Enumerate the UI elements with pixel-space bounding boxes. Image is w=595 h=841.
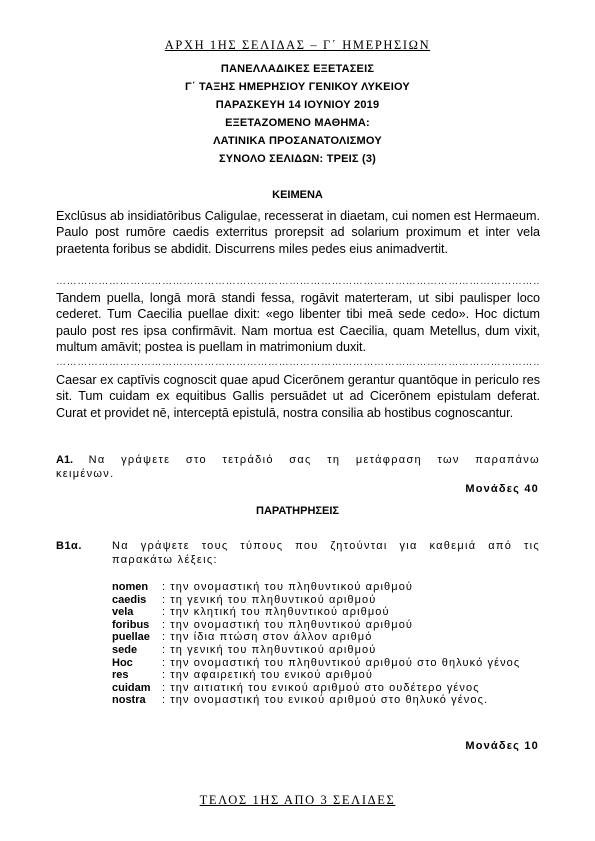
header-class: Γ΄ ΤΑΞΗΣ ΗΜΕΡΗΣΙΟΥ ΓΕΝΙΚΟΥ ΛΥΚΕΙΟΥ bbox=[0, 81, 595, 93]
question-b1a-marks: Μονάδες 10 bbox=[465, 740, 539, 752]
word-instruction: : την ονομαστική του πληθυντικού αριθμού bbox=[162, 581, 542, 594]
question-a1-word: των bbox=[438, 453, 460, 467]
question-a1-word: τη bbox=[327, 453, 340, 467]
latin-word: caedis bbox=[112, 594, 158, 607]
word-instruction: : την αιτιατική του ενικού αριθμού στο ο… bbox=[162, 682, 542, 695]
question-b1a-word: τύπους bbox=[240, 539, 283, 553]
header-page-count: ΣΥΝΟΛΟ ΣΕΛΙΔΩΝ: ΤΡΕΙΣ (3) bbox=[0, 153, 595, 165]
question-a1: Α1. Ναγράψετεστοτετράδιόσαςτημετάφρασητω… bbox=[56, 453, 540, 481]
question-b1a-word: τις bbox=[524, 539, 540, 553]
exam-page: ΑΡΧΗ 1ΗΣ ΣΕΛΙΔΑΣ – Γ΄ ΗΜΕΡΗΣΙΩΝ ΠΑΝΕΛΛΑΔ… bbox=[0, 0, 595, 841]
word-item: puellae: την ίδια πτώση στον άλλον αριθμ… bbox=[112, 631, 542, 644]
question-b1a-text: Ναγράψετετουςτύπουςπουζητούνταιγιακαθεμι… bbox=[112, 539, 540, 567]
word-item: sede: τη γενική του πληθυντικού αριθμού bbox=[112, 644, 542, 657]
word-list: nomen: την ονομαστική του πληθυντικού αρ… bbox=[112, 581, 542, 707]
word-item: vela: την κλητική του πληθυντικού αριθμο… bbox=[112, 606, 542, 619]
question-a1-word: σας bbox=[289, 453, 311, 467]
word-item: nomen: την ονομαστική του πληθυντικού αρ… bbox=[112, 581, 542, 594]
question-b1a-word: καθεμιά bbox=[429, 539, 476, 553]
page-header-start: ΑΡΧΗ 1ΗΣ ΣΕΛΙΔΑΣ – Γ΄ ΗΜΕΡΗΣΙΩΝ bbox=[0, 38, 595, 53]
header-exams: ΠΑΝΕΛΛΑΔΙΚΕΣ ΕΞΕΤΑΣΕΙΣ bbox=[0, 63, 595, 75]
word-instruction: : τη γενική του πληθυντικού αριθμού bbox=[162, 594, 542, 607]
question-b1a-label: Β1α. bbox=[56, 539, 82, 553]
question-a1-word: γράψετε bbox=[121, 453, 170, 467]
latin-word: puellae bbox=[112, 631, 158, 644]
question-a1-word: Να bbox=[89, 453, 106, 467]
latin-word: Hoc bbox=[112, 657, 158, 670]
word-item: Hoc: την ονομαστική του πληθυντικού αριθ… bbox=[112, 657, 542, 670]
latin-word: foribus bbox=[112, 619, 158, 632]
question-b1a-word: ζητούνται bbox=[330, 539, 387, 553]
question-a1-word: παραπάνω bbox=[475, 453, 540, 467]
word-item: res: την αφαιρετική του ενικού αριθμού bbox=[112, 669, 542, 682]
passage-1: Exclūsus ab insidiatōribus Caligulae, re… bbox=[56, 208, 540, 257]
word-instruction: : την ονομαστική του πληθυντικού αριθμού… bbox=[162, 657, 542, 670]
question-a1-word: στο bbox=[186, 453, 207, 467]
question-a1-word: μετάφραση bbox=[356, 453, 422, 467]
passage-3: Caesar ex captīvis cognoscit quae apud C… bbox=[56, 372, 540, 421]
question-a1-marks: Μονάδες 40 bbox=[465, 483, 539, 495]
separator-1: …………………………………………………………………………………………………………… bbox=[56, 277, 540, 287]
word-instruction: : την ονομαστική του πληθυντικού αριθμού bbox=[162, 619, 542, 632]
question-b1a-word: για bbox=[399, 539, 417, 553]
separator-2: …………………………………………………………………………………………………………… bbox=[56, 358, 540, 368]
question-b1a-word: γράψετε bbox=[141, 539, 190, 553]
word-instruction: : την ονομαστική του ενικού αριθμού στο … bbox=[162, 694, 542, 707]
word-item: foribus: την ονομαστική του πληθυντικού … bbox=[112, 619, 542, 632]
question-a1-word: τετράδιό bbox=[222, 453, 273, 467]
question-b1a-word: Να bbox=[112, 539, 129, 553]
word-instruction: : τη γενική του πληθυντικού αριθμού bbox=[162, 644, 542, 657]
latin-word: nostra bbox=[112, 694, 158, 707]
question-b1a-word: τους bbox=[202, 539, 229, 553]
header-subject-label: ΕΞΕΤΑΖΟΜΕΝΟ ΜΑΘΗΜΑ: bbox=[0, 117, 595, 129]
word-instruction: : την κλητική του πληθυντικού αριθμού bbox=[162, 606, 542, 619]
latin-word: sede bbox=[112, 644, 158, 657]
question-b1a-word: που bbox=[295, 539, 318, 553]
texts-title: ΚΕΙΜΕΝΑ bbox=[0, 189, 595, 201]
word-item: caedis: τη γενική του πληθυντικού αριθμο… bbox=[112, 594, 542, 607]
header-date: ΠΑΡΑΣΚΕΥΗ 14 ΙΟΥΝΙΟΥ 2019 bbox=[0, 99, 595, 111]
header-subject: ΛΑΤΙΝΙΚΑ ΠΡΟΣΑΝΑΤΟΛΙΣΜΟΥ bbox=[0, 135, 595, 147]
question-a1-line2: κειμένων. bbox=[56, 467, 540, 481]
word-item: cuidam: την αιτιατική του ενικού αριθμού… bbox=[112, 682, 542, 695]
question-b1a-word: από bbox=[488, 539, 512, 553]
question-a1-label: Α1. bbox=[56, 453, 73, 467]
latin-word: res bbox=[112, 669, 158, 682]
latin-word: vela bbox=[112, 606, 158, 619]
word-instruction: : την αφαιρετική του ενικού αριθμού bbox=[162, 669, 542, 682]
latin-word: cuidam bbox=[112, 682, 158, 695]
page-footer-end: ΤΕΛΟΣ 1ΗΣ ΑΠΟ 3 ΣΕΛΙΔΕΣ bbox=[0, 793, 595, 808]
word-instruction: : την ίδια πτώση στον άλλον αριθμό bbox=[162, 631, 542, 644]
notes-title: ΠΑΡΑΤΗΡΗΣΕΙΣ bbox=[0, 505, 595, 517]
passage-2: Tandem puella, longā morā standi fessa, … bbox=[56, 290, 540, 355]
question-a1-line1: Α1. Ναγράψετεστοτετράδιόσαςτημετάφρασητω… bbox=[56, 453, 540, 467]
question-b1a-line1: Ναγράψετετουςτύπουςπουζητούνταιγιακαθεμι… bbox=[112, 539, 540, 553]
question-b1a-line2: παρακάτω λέξεις: bbox=[112, 553, 540, 567]
word-item: nostra: την ονομαστική του ενικού αριθμο… bbox=[112, 694, 542, 707]
latin-word: nomen bbox=[112, 581, 158, 594]
